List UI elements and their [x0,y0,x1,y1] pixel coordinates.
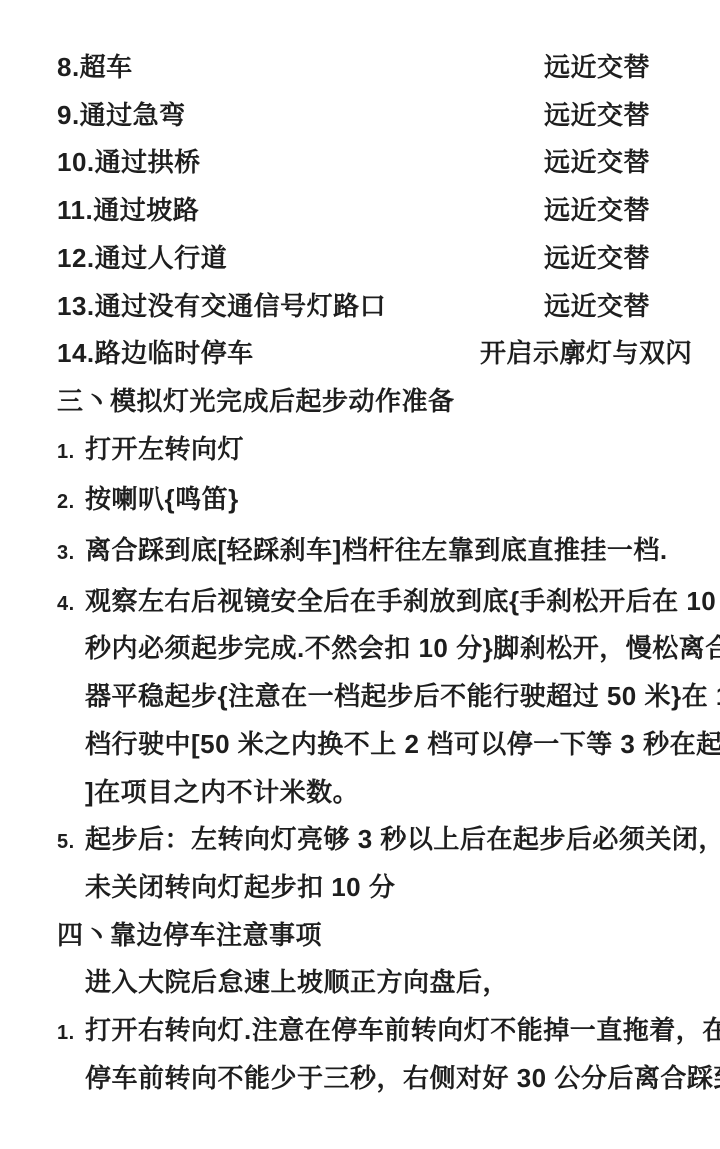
document-content: 8.超车 远近交替 9.通过急弯 远近交替 10.通过拱桥 远近交替 11.通过… [0,0,720,1102]
lamp-item-label: 10.通过拱桥 [57,139,201,187]
lamp-row-9: 9.通过急弯 远近交替 [57,92,692,140]
item-number: 2. [57,479,85,527]
lamp-item-label: 12.通过人行道 [57,235,227,283]
lamp-signal-label: 远近交替 [544,139,692,187]
section-four-heading: 四丶靠边停车注意事项 [57,912,692,960]
item-text: 打开左转向灯 [85,426,692,474]
section-three-item-3: 3. 离合踩到底[轻踩刹车]档杆往左靠到底直推挂一档. [57,527,692,578]
item-text: 观察左右后视镜安全后在手刹放到底{手刹松开后在 10 秒内必须起步完成.不然会扣… [85,578,692,817]
section-three-item-4: 4. 观察左右后视镜安全后在手刹放到底{手刹松开后在 10 秒内必须起步完成.不… [57,578,692,817]
section-three-item-1: 1. 打开左转向灯 [57,426,692,477]
item-line: 观察左右后视镜安全后在手刹放到底{手刹松开后在 10 [85,578,692,626]
item-text: 打开右转向灯.注意在停车前转向灯不能掉一直拖着，在 停车前转向不能少于三秒，右侧… [85,1007,692,1102]
lamp-row-8: 8.超车 远近交替 [57,44,692,92]
item-number: 3. [57,530,85,578]
item-line: 打开左转向灯 [85,426,692,474]
lamp-signal-label: 开启示廓灯与双闪 [480,330,692,378]
item-text: 按喇叭{鸣笛} [85,476,692,524]
item-number: 1. [57,1010,85,1058]
lamp-row-10: 10.通过拱桥 远近交替 [57,139,692,187]
item-line: 停车前转向不能少于三秒，右侧对好 30 公分后离合踩到 [85,1055,692,1103]
item-line: 离合踩到底[轻踩刹车]档杆往左靠到底直推挂一档. [85,527,692,575]
section-three-heading: 三丶模拟灯光完成后起步动作准备 [57,378,692,426]
item-line: 打开右转向灯.注意在停车前转向灯不能掉一直拖着，在 [85,1007,692,1055]
section-four-item-1: 1. 打开右转向灯.注意在停车前转向灯不能掉一直拖着，在 停车前转向不能少于三秒… [57,1007,692,1102]
item-number: 5. [57,819,85,867]
lamp-item-label: 14.路边临时停车 [57,330,254,378]
item-line: 档行驶中[50 米之内换不上 2 档可以停一下等 3 秒在起步 [85,721,692,769]
lamp-signal-label: 远近交替 [544,44,692,92]
lamp-row-12: 12.通过人行道 远近交替 [57,235,692,283]
lamp-item-label: 13.通过没有交通信号灯路口 [57,283,386,331]
lamp-item-label: 9.通过急弯 [57,92,186,140]
item-text: 起步后：左转向灯亮够 3 秒以上后在起步后必须关闭， 未关闭转向灯起步扣 10 … [85,816,692,911]
lamp-signal-label: 远近交替 [544,92,692,140]
section-three-item-2: 2. 按喇叭{鸣笛} [57,476,692,527]
lamp-signal-label: 远近交替 [544,235,692,283]
item-line: 秒内必须起步完成.不然会扣 10 分}脚刹松开，慢松离合 [85,625,692,673]
lamp-signal-label: 远近交替 [544,187,692,235]
lamp-row-14: 14.路边临时停车 开启示廓灯与双闪 [57,330,692,378]
lamp-item-label: 11.通过坡路 [57,187,199,235]
item-line: 按喇叭{鸣笛} [85,476,692,524]
lamp-signal-label: 远近交替 [544,283,692,331]
item-line: 起步后：左转向灯亮够 3 秒以上后在起步后必须关闭， [85,816,692,864]
item-number: 1. [57,429,85,477]
document-page: 8.超车 远近交替 9.通过急弯 远近交替 10.通过拱桥 远近交替 11.通过… [0,0,720,1149]
section-four-intro: 进入大院后怠速上坡顺正方向盘后， [57,959,692,1007]
lamp-row-13: 13.通过没有交通信号灯路口 远近交替 [57,283,692,331]
item-number: 4. [57,581,85,629]
lamp-item-label: 8.超车 [57,44,133,92]
item-line: 器平稳起步{注意在一档起步后不能行驶超过 50 米}在 1 [85,673,692,721]
section-three-item-5: 5. 起步后：左转向灯亮够 3 秒以上后在起步后必须关闭， 未关闭转向灯起步扣 … [57,816,692,911]
item-text: 离合踩到底[轻踩刹车]档杆往左靠到底直推挂一档. [85,527,692,575]
item-line: ]在项目之内不计米数。 [85,769,692,817]
lamp-row-11: 11.通过坡路 远近交替 [57,187,692,235]
item-line: 未关闭转向灯起步扣 10 分 [85,864,692,912]
